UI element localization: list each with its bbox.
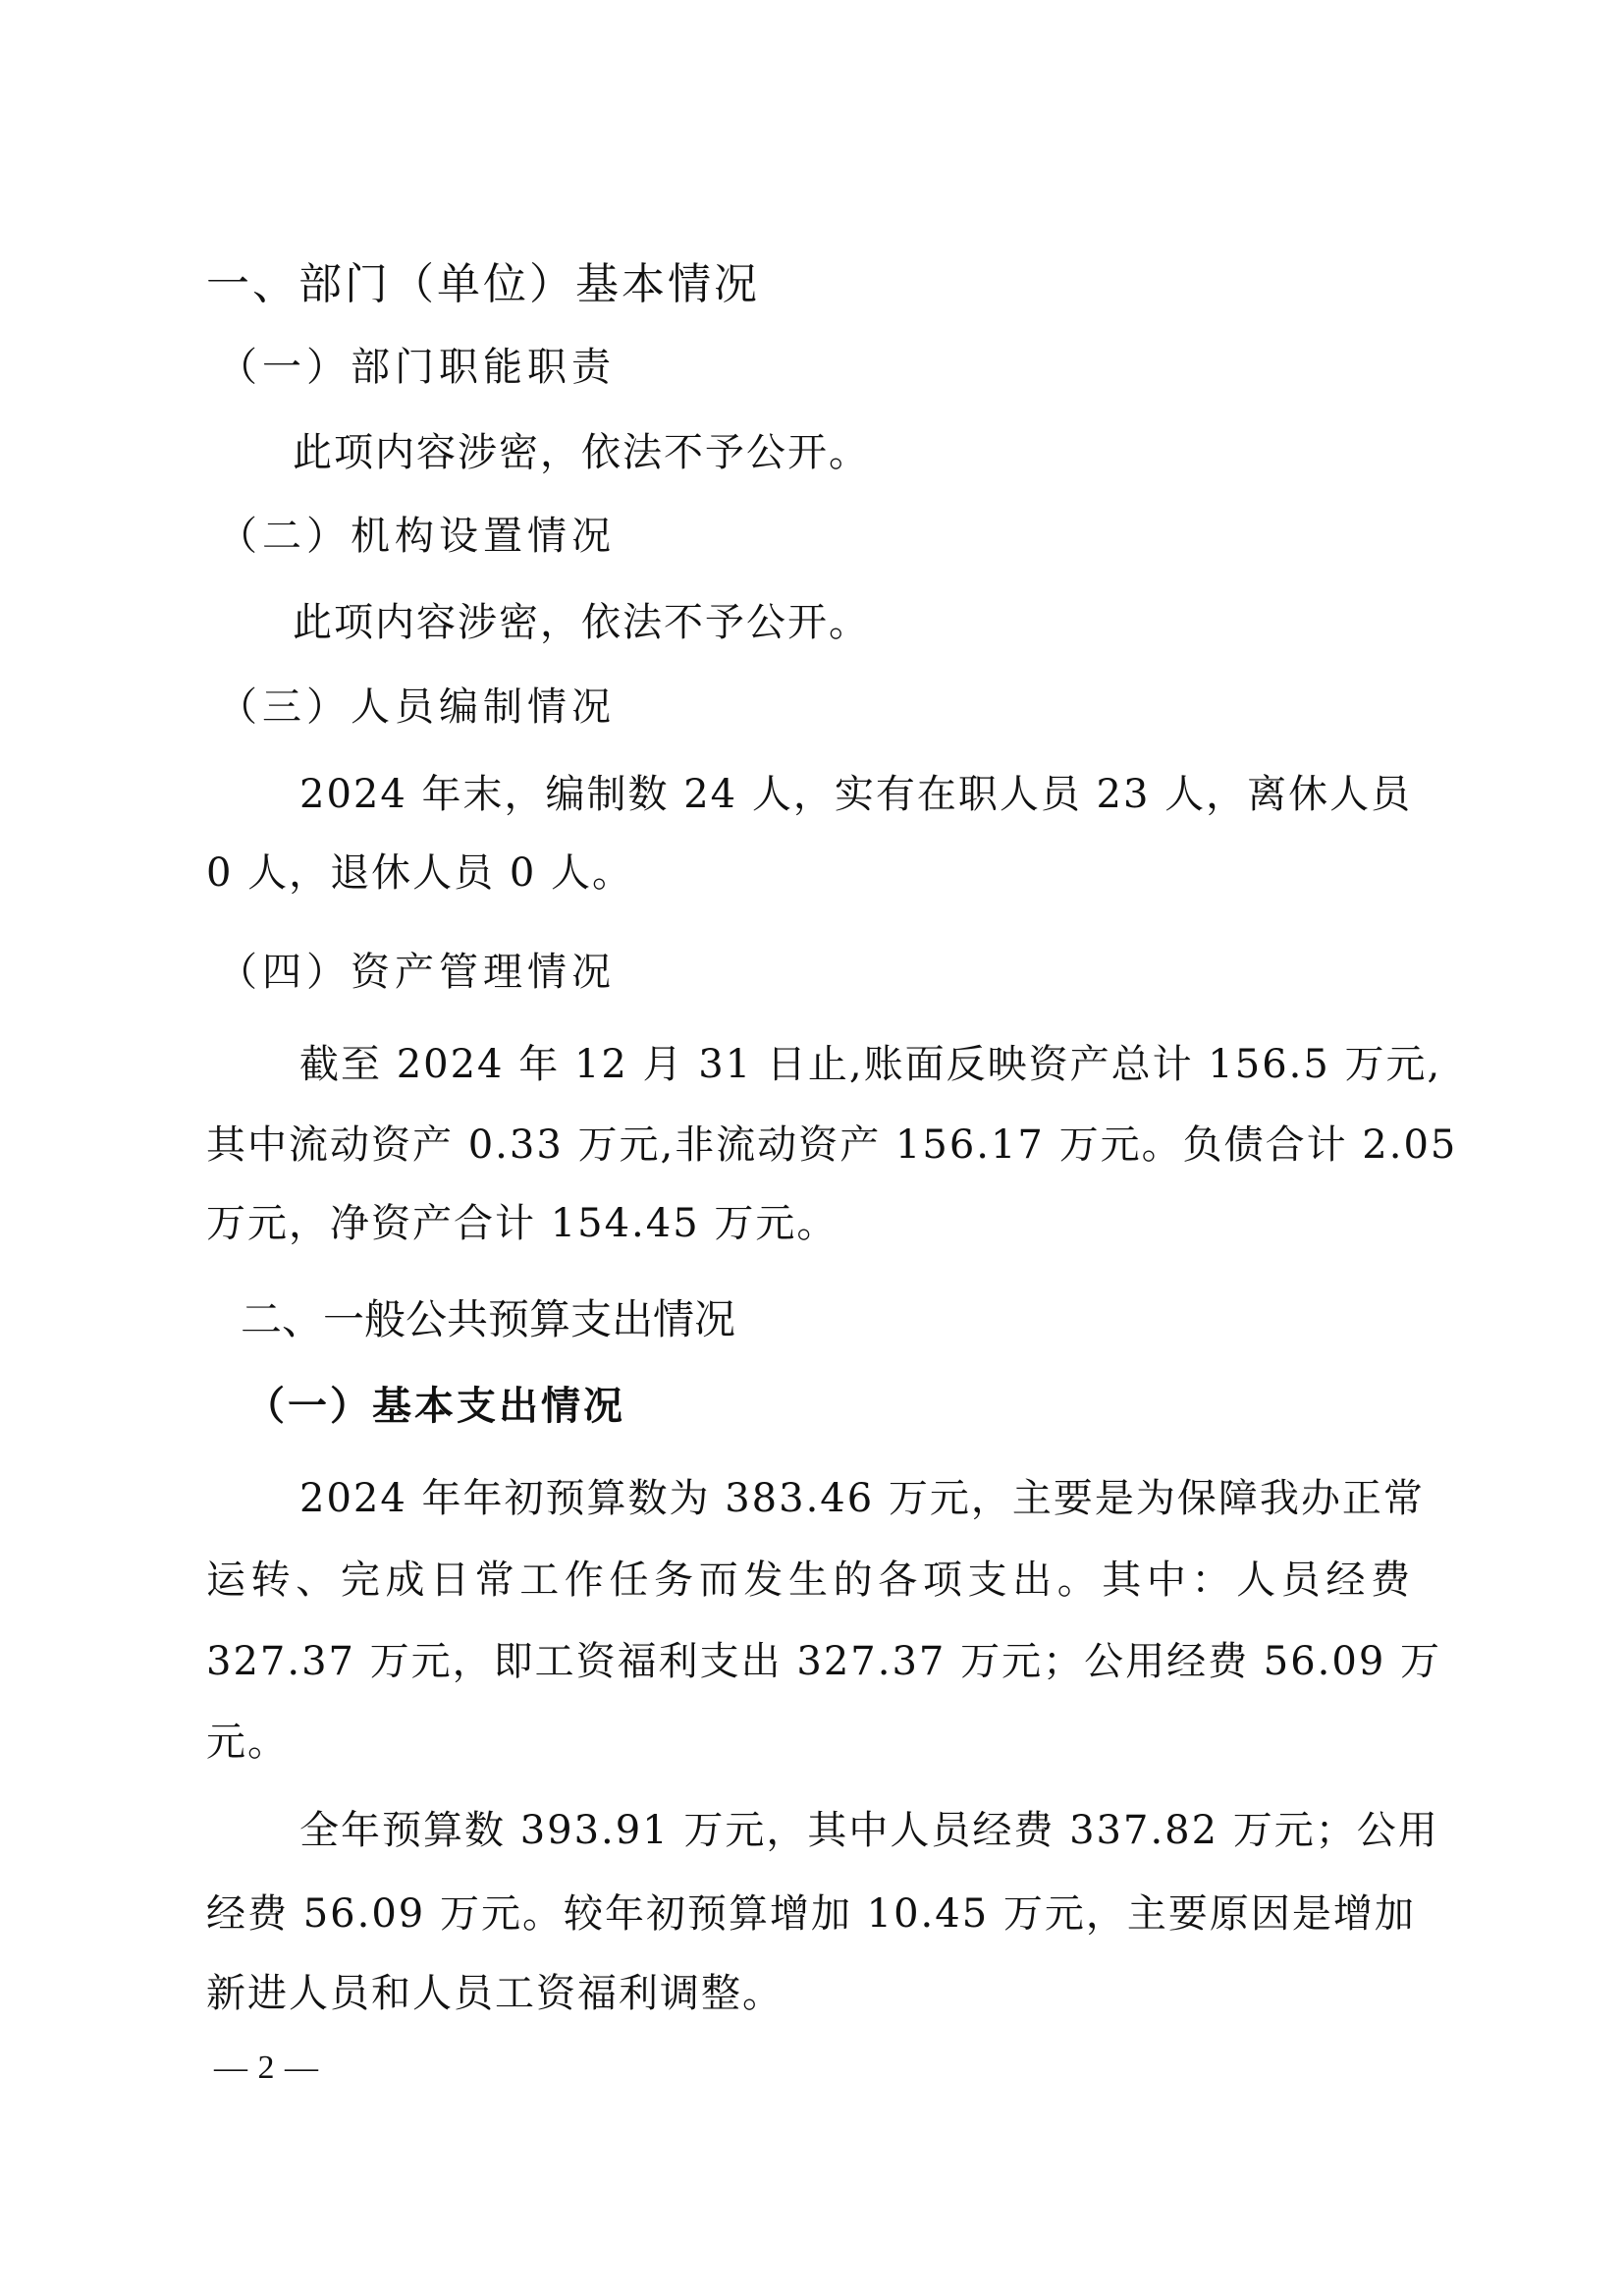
section-1-sub-3-body-line-1: 2024 年末，编制数 24 人，实有在职人员 23 人，离休人员 — [299, 771, 1412, 818]
section-1-sub-1-heading: （一）部门职能职责 — [218, 344, 1424, 391]
section-1-sub-2-body: 此项内容涉密，依法不予公开。 — [293, 599, 1498, 646]
section-2-sub-1-heading: （一）基本支出情况 — [245, 1383, 1451, 1430]
section-2-para-1-line-1: 2024 年年初预算数为 383.46 万元，主要是为保障我办正常 — [299, 1475, 1412, 1522]
section-1-sub-4-heading: （四）资产管理情况 — [218, 949, 1424, 996]
section-2-para-1-line-2: 运转、完成日常工作任务而发生的各项支出。其中：人员经费 — [206, 1557, 1412, 1604]
page-number: — 2 — — [214, 2049, 319, 2088]
section-2-para-1-line-3: 327.37 万元，即工资福利支出 327.37 万元；公用经费 56.09 万 — [206, 1638, 1412, 1685]
section-1-sub-2-heading: （二）机构设置情况 — [218, 513, 1424, 560]
section-1-sub-4-body-line-3: 万元，净资产合计 154.45 万元。 — [206, 1200, 1412, 1247]
section-1-sub-3-body-line-2: 0 人，退休人员 0 人。 — [206, 849, 1412, 897]
section-1-sub-1-body: 此项内容涉密，依法不予公开。 — [293, 429, 1498, 476]
section-2-para-2-line-1: 全年预算数 393.91 万元，其中人员经费 337.82 万元；公用 — [299, 1807, 1412, 1854]
section-2-para-2-line-3: 新进人员和人员工资福利调整。 — [206, 1970, 1412, 2017]
section-1-sub-4-body-line-2: 其中流动资产 0.33 万元,非流动资产 156.17 万元。负债合计 2.05 — [206, 1121, 1412, 1169]
section-2-para-1-line-4: 元。 — [206, 1719, 1412, 1766]
section-2-heading: 二、一般公共预算支出情况 — [241, 1296, 1446, 1343]
section-2-para-2-line-2: 经费 56.09 万元。较年初预算增加 10.45 万元，主要原因是增加 — [206, 1890, 1412, 1938]
section-1-sub-3-heading: （三）人员编制情况 — [218, 683, 1424, 731]
section-1-heading: 一、部门（单位）基本情况 — [206, 261, 1412, 308]
section-1-sub-4-body-line-1: 截至 2024 年 12 月 31 日止,账面反映资产总计 156.5 万元, — [299, 1041, 1412, 1088]
